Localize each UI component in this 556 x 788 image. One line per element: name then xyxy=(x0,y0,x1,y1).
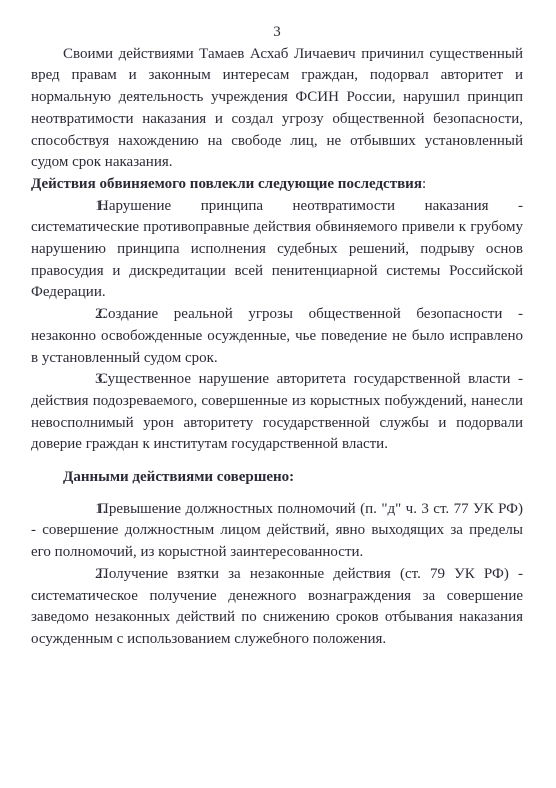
list-text: Нарушение принципа неотвратимости наказа… xyxy=(31,198,523,301)
list-number: 1. xyxy=(63,499,98,521)
consequences-heading: Действия обвиняемого повлекли следующие … xyxy=(31,174,523,196)
list-number: 2. xyxy=(63,304,98,326)
consequence-item-2: 2.Создание реальной угрозы общественной … xyxy=(31,304,523,369)
document-page: 3 Своими действиями Тамаев Асхаб Личаеви… xyxy=(0,0,556,788)
list-text: Превышение должностных полномочий (п. "д… xyxy=(31,501,523,560)
page-number: 3 xyxy=(31,22,523,44)
consequences-heading-text: Действия обвиняемого повлекли следующие … xyxy=(31,176,422,192)
list-text: Существенное нарушение авторитета госуда… xyxy=(31,371,523,452)
offense-item-1: 1.Превышение должностных полномочий (п. … xyxy=(31,499,523,564)
list-text: Получение взятки за незаконные действия … xyxy=(31,566,523,647)
consequence-item-1: 1.Нарушение принципа неотвратимости нака… xyxy=(31,196,523,305)
list-number: 2. xyxy=(63,564,98,586)
intro-paragraph: Своими действиями Тамаев Асхаб Личаевич … xyxy=(31,44,523,174)
consequences-heading-colon: : xyxy=(422,176,426,192)
consequence-item-3: 3.Существенное нарушение авторитета госу… xyxy=(31,369,523,456)
offenses-heading: Данными действиями совершено: xyxy=(31,467,523,489)
list-text: Создание реальной угрозы общественной бе… xyxy=(31,306,523,365)
offense-item-2: 2.Получение взятки за незаконные действи… xyxy=(31,564,523,651)
list-number: 1. xyxy=(63,196,98,218)
list-number: 3. xyxy=(63,369,98,391)
